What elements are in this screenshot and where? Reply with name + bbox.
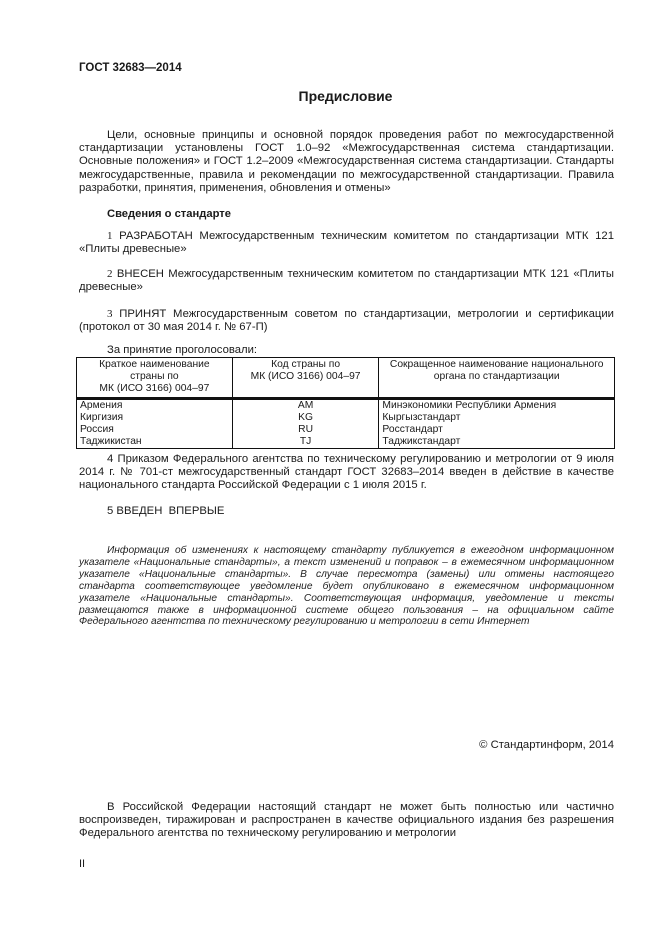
cell-body: Минэкономики Республики Армения (379, 399, 615, 413)
cell-body: Таджикстандарт (379, 436, 615, 449)
copyright-notice: © Стандартинформ, 2014 (479, 739, 614, 751)
info-item-1: 1 РАЗРАБОТАН Межгосударственным техничес… (79, 230, 614, 256)
cell-code: KG (232, 412, 379, 424)
intro-text: Цели, основные принципы и основной поряд… (79, 129, 614, 194)
voting-table: Краткое наименование страны по МК (ИСО 3… (76, 357, 615, 449)
cell-country: Россия (77, 424, 233, 436)
table-header-row: Краткое наименование страны по МК (ИСО 3… (77, 358, 615, 399)
info-item-text: РАЗРАБОТАН Межгосударственным технически… (79, 230, 614, 255)
info-item-number: 2 (107, 268, 113, 280)
info-item-5: 5 ВВЕДЕН ВПЕРВЫЕ (107, 505, 224, 517)
cell-country: Армения (77, 399, 233, 413)
info-item-text: ПРИНЯТ Межгосударственным советом по ста… (79, 308, 614, 333)
page-title: Предисловие (0, 88, 661, 104)
cell-body: Кыргызстандарт (379, 412, 615, 424)
table-row: Россия RU Росстандарт (77, 424, 615, 436)
cell-country: Таджикистан (77, 436, 233, 449)
column-header-country: Краткое наименование страны по МК (ИСО 3… (77, 358, 233, 399)
cell-code: TJ (232, 436, 379, 449)
column-header-code: Код страны по МК (ИСО 3166) 004–97 (232, 358, 379, 399)
cell-country: Киргизия (77, 412, 233, 424)
voted-label: За принятие проголосовали: (107, 344, 257, 356)
info-item-3: 3 ПРИНЯТ Межгосударственным советом по с… (79, 308, 614, 334)
info-item-number: 3 (107, 308, 113, 320)
cell-code: RU (232, 424, 379, 436)
info-item-text: 4 Приказом Федерального агентства по тех… (79, 453, 614, 491)
section-heading: Сведения о стандарте (107, 208, 231, 220)
document-page: ГОСТ 32683—2014 Предисловие Цели, основн… (0, 0, 661, 936)
table-row: Армения AM Минэкономики Республики Армен… (77, 399, 615, 413)
rights-text: В Российской Федерации настоящий стандар… (79, 801, 614, 839)
info-item-4: 4 Приказом Федерального агентства по тех… (79, 453, 614, 493)
info-item-number: 1 (107, 230, 113, 242)
rights-paragraph: В Российской Федерации настоящий стандар… (79, 801, 614, 841)
cell-code: AM (232, 399, 379, 413)
table-row: Киргизия KG Кыргызстандарт (77, 412, 615, 424)
page-number: II (79, 858, 85, 870)
amendments-notice: Информация об изменениях к настоящему ст… (79, 545, 614, 628)
document-code: ГОСТ 32683—2014 (79, 62, 182, 74)
info-item-text: ВНЕСЕН Межгосударственным техническим ко… (79, 268, 614, 293)
table-row: Таджикистан TJ Таджикстандарт (77, 436, 615, 449)
notice-text: Информация об изменениях к настоящему ст… (79, 545, 614, 627)
column-header-body: Сокращенное наименование национального о… (379, 358, 615, 399)
intro-paragraph: Цели, основные принципы и основной поряд… (79, 129, 614, 195)
info-item-2: 2 ВНЕСЕН Межгосударственным техническим … (79, 268, 614, 294)
cell-body: Росстандарт (379, 424, 615, 436)
